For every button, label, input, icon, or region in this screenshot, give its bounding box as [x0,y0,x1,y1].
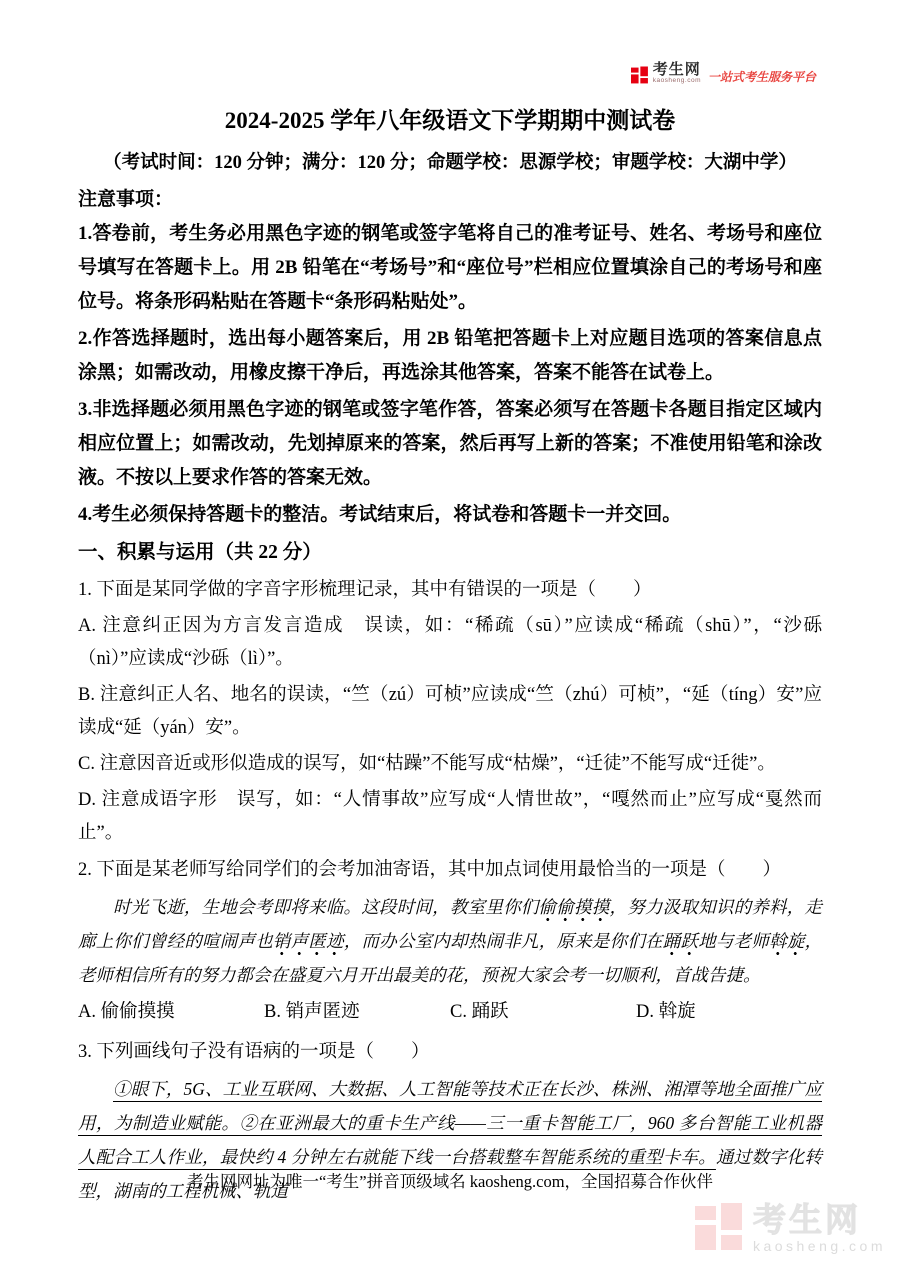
watermark-brand-name: 考生网 [753,1203,886,1236]
q2-emphasized-word: 斡旋 [769,931,804,956]
document-content: 2024-2025 学年八年级语文下学期期中测试卷 （考试时间：120 分钟；满… [78,106,822,1212]
watermark-text: 考生网 kaosheng.com [753,1203,886,1253]
q2-seg: 时光飞逝，生地会考即将来临。这段时间，教室里你们 [113,897,539,917]
exam-meta-line: （考试时间：120 分钟；满分：120 分；命题学校：思源学校；审题学校：大湖中… [78,148,822,178]
question-2-option-b: B. 销声匿迹 [264,996,450,1029]
q2-seg: ，而办公室内却热闹非凡，原来是你们在 [344,931,663,951]
notice-item-2: 2.作答选择题时，选出每小题答案后，用 2B 铅笔把答题卡上对应题目选项的答案信… [78,322,822,390]
notice-item-4: 4.考生必须保持答题卡的整洁。考试结束后，将试卷和答题卡一并交回。 [78,498,822,532]
kaosheng-watermark-icon [695,1202,745,1254]
q2-seg: 地与老师 [698,931,769,951]
kaosheng-watermark: 考生网 kaosheng.com [695,1202,886,1254]
notice-item-3: 3.非选择题必须用黑色字迹的钢笔或签字笔作答，答案必须写在答题卡各题目指定区域内… [78,393,822,495]
question-2-options: A. 偷偷摸摸 B. 销声匿迹 C. 踊跃 D. 斡旋 [78,996,822,1029]
brand-tagline: 一站式考生服务平台 [708,68,816,85]
q2-emphasized-word: 偷偷摸摸 [539,897,610,922]
brand-domain: kaosheng.com [653,78,701,85]
question-1-option-a: A. 注意纠正因为方言发言造成 误读，如：“稀疏（sū）”应读成“稀疏（shū）… [78,610,822,676]
footer-promo-line: 考生网网址为唯一“考生”拼音顶级域名 kaosheng.com，全国招募合作伙伴 [0,1170,900,1194]
notice-heading: 注意事项： [78,183,822,217]
question-1-option-c: C. 注意因音近或形似造成的误写，如“枯躁”不能写成“枯燥”，“迁徒”不能写成“… [78,748,822,781]
question-2-stem: 2. 下面是某老师写给同学们的会考加油寄语，其中加点词使用最恰当的一项是（ ） [78,853,822,887]
question-1-option-b: B. 注意纠正人名、地名的误读，“竺（zú）可桢”应读成“竺（zhú）可桢”，“… [78,679,822,745]
brand-text: 考生网 kaosheng.com [653,62,701,85]
brand-name: 考生网 [653,62,701,77]
question-1-option-d: D. 注意成语字形 误写，如：“人情事故”应写成“人情世故”，“嘎然而止”应写成… [78,784,822,850]
question-2-option-d: D. 斡旋 [636,996,822,1029]
question-2-passage: 时光飞逝，生地会考即将来临。这段时间，教室里你们偷偷摸摸，努力汲取知识的养料，走… [78,890,822,992]
question-2-option-a: A. 偷偷摸摸 [78,996,264,1029]
notice-item-1: 1.答卷前，考生务必用黑色字迹的钢笔或签字笔将自己的准考证号、姓名、考场号和座位… [78,217,822,319]
question-3-stem: 3. 下列画线句子没有语病的一项是（ ） [78,1035,822,1069]
kaosheng-logo-icon [631,66,649,85]
section-1-heading: 一、积累与运用（共 22 分） [78,536,822,570]
q2-emphasized-word: 踊跃 [663,931,698,956]
question-2-option-c: C. 踊跃 [450,996,636,1029]
exam-paper-page: 考生网 kaosheng.com 一站式考生服务平台 2024-2025 学年八… [0,0,900,1272]
watermark-domain: kaosheng.com [753,1239,886,1253]
q2-emphasized-word: 销声匿迹 [273,931,344,956]
site-logo: 考生网 kaosheng.com 一站式考生服务平台 [631,62,816,85]
page-title: 2024-2025 学年八年级语文下学期期中测试卷 [78,106,822,136]
question-1-stem: 1. 下面是某同学做的字音字形梳理记录，其中有错误的一项是（ ） [78,573,822,607]
